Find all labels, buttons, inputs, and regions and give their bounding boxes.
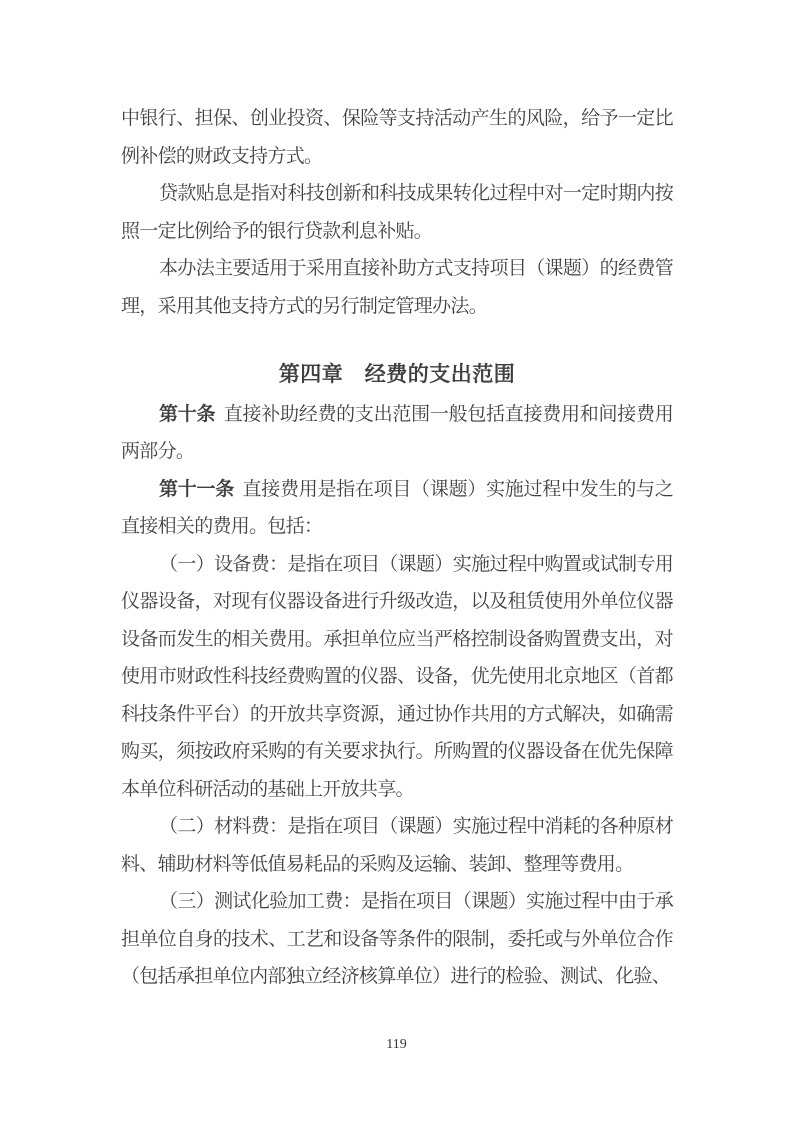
paragraph: 第十条直接补助经费的支出范围一般包括直接费用和间接费用两部分。: [121, 396, 673, 471]
paragraph: 本办法主要适用于采用直接补助方式支持项目（课题）的经费管理，采用其他支持方式的另…: [121, 250, 673, 325]
paragraph: 贷款贴息是指对科技创新和科技成果转化过程中对一定时期内按照一定比例给予的银行贷款…: [121, 175, 673, 250]
paragraph: 第十一条直接费用是指在项目（课题）实施过程中发生的与之直接相关的费用。包括：: [121, 471, 673, 546]
document-page: 中银行、担保、创业投资、保险等支持活动产生的风险，给予一定比例补偿的财政支持方式…: [0, 0, 793, 1122]
page-number: 119: [0, 1036, 793, 1054]
article-number: 第十一条: [159, 479, 234, 500]
paragraph: 中银行、担保、创业投资、保险等支持活动产生的风险，给予一定比例补偿的财政支持方式…: [121, 100, 673, 175]
article-number: 第十条: [159, 404, 215, 425]
paragraph: （二）材料费：是指在项目（课题）实施过程中消耗的各种原材料、辅助材料等低值易耗品…: [121, 808, 673, 883]
chapter-heading: 第四章 经费的支出范围: [121, 356, 673, 394]
paragraph: （三）测试化验加工费：是指在项目（课题）实施过程中由于承担单位自身的技术、工艺和…: [121, 883, 673, 996]
document-body: 中银行、担保、创业投资、保险等支持活动产生的风险，给予一定比例补偿的财政支持方式…: [121, 100, 673, 996]
paragraph: （一）设备费：是指在项目（课题）实施过程中购置或试制专用仪器设备，对现有仪器设备…: [121, 546, 673, 809]
